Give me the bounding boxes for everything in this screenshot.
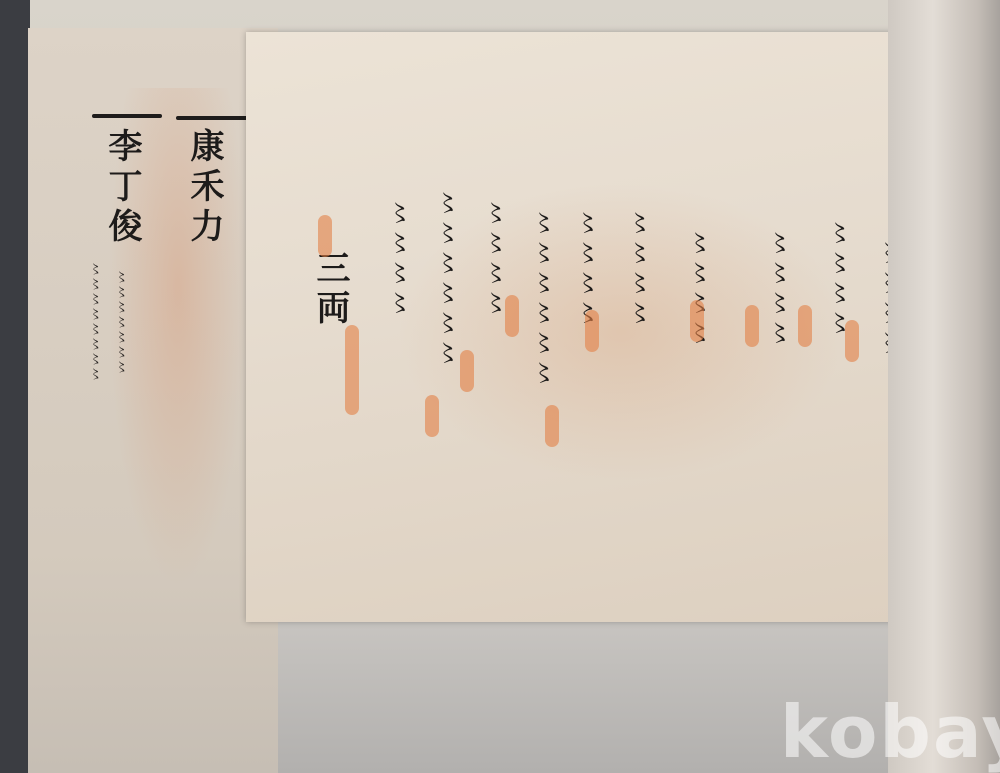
total-column: 三両 bbox=[306, 250, 355, 330]
watermark: kobay bbox=[780, 690, 1000, 773]
left-paper-sheet bbox=[28, 28, 278, 773]
orange-check-mark bbox=[690, 300, 704, 342]
entry-column: 〻〻〻〻 bbox=[380, 200, 415, 320]
cursive-notes: 〻〻〻〻〻〻〻 bbox=[110, 270, 129, 490]
name-column-1: 康禾力 bbox=[180, 128, 229, 248]
header-stroke bbox=[176, 116, 256, 120]
rolled-paper-edge bbox=[888, 0, 1000, 773]
name-column-2: 李丁俊 bbox=[98, 128, 147, 248]
orange-check-mark bbox=[845, 320, 859, 362]
orange-check-mark bbox=[460, 350, 474, 392]
entry-column: 〻〻〻〻 bbox=[760, 230, 795, 350]
cursive-notes: 〻〻〻〻〻〻〻〻 bbox=[84, 262, 103, 492]
orange-check-mark bbox=[425, 395, 439, 437]
entry-column: 〻〻〻〻〻〻 bbox=[524, 210, 559, 390]
orange-check-mark bbox=[545, 405, 559, 447]
entry-column: 〻〻〻〻〻〻 bbox=[428, 190, 463, 370]
orange-check-mark bbox=[798, 305, 812, 347]
orange-check-mark bbox=[585, 310, 599, 352]
orange-check-mark bbox=[318, 215, 332, 257]
header-stroke bbox=[92, 114, 162, 118]
orange-check-mark bbox=[345, 325, 359, 415]
entry-column: 〻〻〻〻 bbox=[620, 210, 655, 330]
orange-check-mark bbox=[505, 295, 519, 337]
orange-check-mark bbox=[745, 305, 759, 347]
